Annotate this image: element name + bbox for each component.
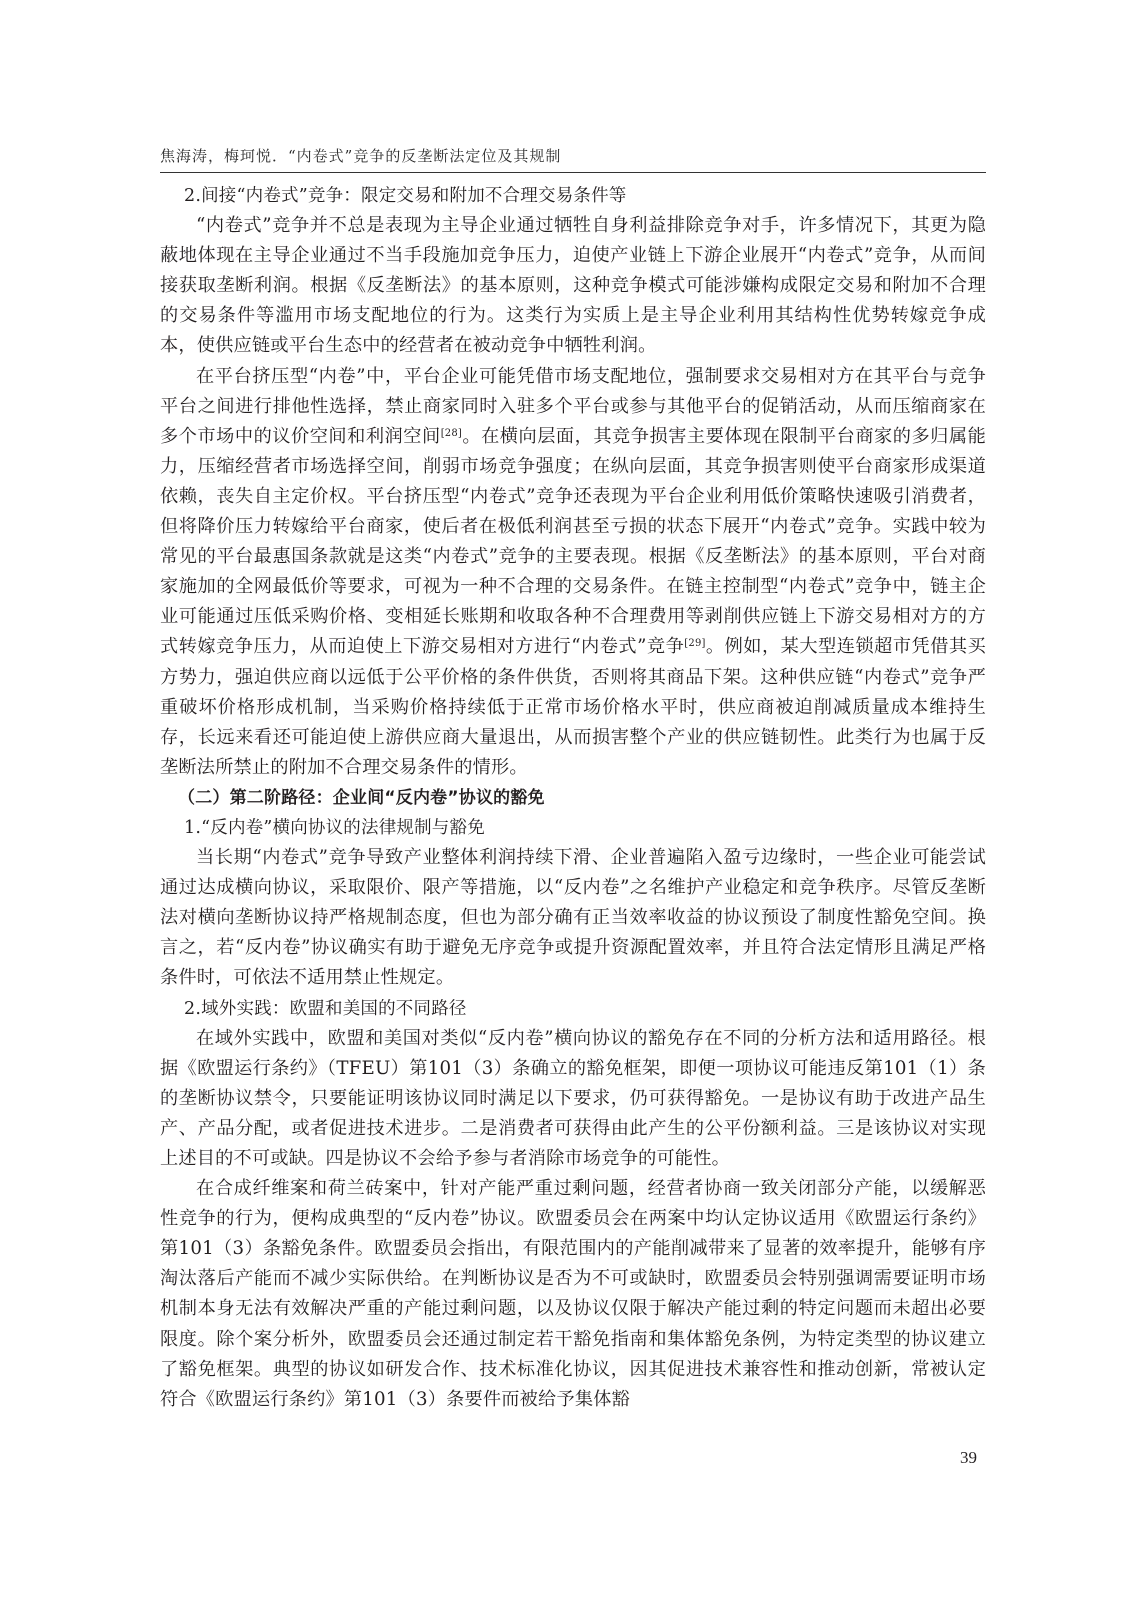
running-header: 焦海涛，梅珂悦．“内卷式”竞争的反垄断法定位及其规制 xyxy=(160,145,986,166)
body-text: 2.间接“内卷式”竞争：限定交易和附加不合理交易条件等 “内卷式”竞争并不总是表… xyxy=(160,181,986,1415)
paragraph: “内卷式”竞争并不总是表现为主导企业通过牺牲自身利益排除竞争对手，许多情况下，其… xyxy=(160,211,986,361)
paragraph: 在域外实践中，欧盟和美国对类似“反内卷”横向协议的豁免存在不同的分析方法和适用路… xyxy=(160,1024,986,1174)
section-heading: （二）第二阶路径：企业间“反内卷”协议的豁免 xyxy=(160,783,986,813)
subheading-indirect-involution: 2.间接“内卷式”竞争：限定交易和附加不合理交易条件等 xyxy=(160,181,986,211)
paragraph-text: 。在横向层面，其竞争损害主要体现在限制平台商家的多归属能力，压缩经营者市场选择空… xyxy=(160,426,986,658)
paragraph: 当长期“内卷式”竞争导致产业整体利润持续下滑、企业普遍陷入盈亏边缘时，一些企业可… xyxy=(160,843,986,993)
paragraph-text: 。例如，某大型连锁超市凭借其买方势力，强迫供应商以远低于公平价格的条件供货，否则… xyxy=(160,636,986,777)
paragraph: 在合成纤维案和荷兰砖案中，针对产能严重过剩问题，经营者协商一致关闭部分产能，以缓… xyxy=(160,1174,986,1415)
subheading-foreign-practice: 2.域外实践：欧盟和美国的不同路径 xyxy=(160,994,986,1024)
page-number: 39 xyxy=(960,1448,977,1468)
paragraph: 在平台挤压型“内卷”中，平台企业可能凭借市场支配地位，强制要求交易相对方在其平台… xyxy=(160,362,986,783)
header-rule xyxy=(160,172,986,173)
citation-29: [29] xyxy=(684,638,705,649)
subheading-horizontal-agreement: 1.“反内卷”横向协议的法律规制与豁免 xyxy=(160,813,986,843)
citation-28: [28] xyxy=(441,428,462,439)
